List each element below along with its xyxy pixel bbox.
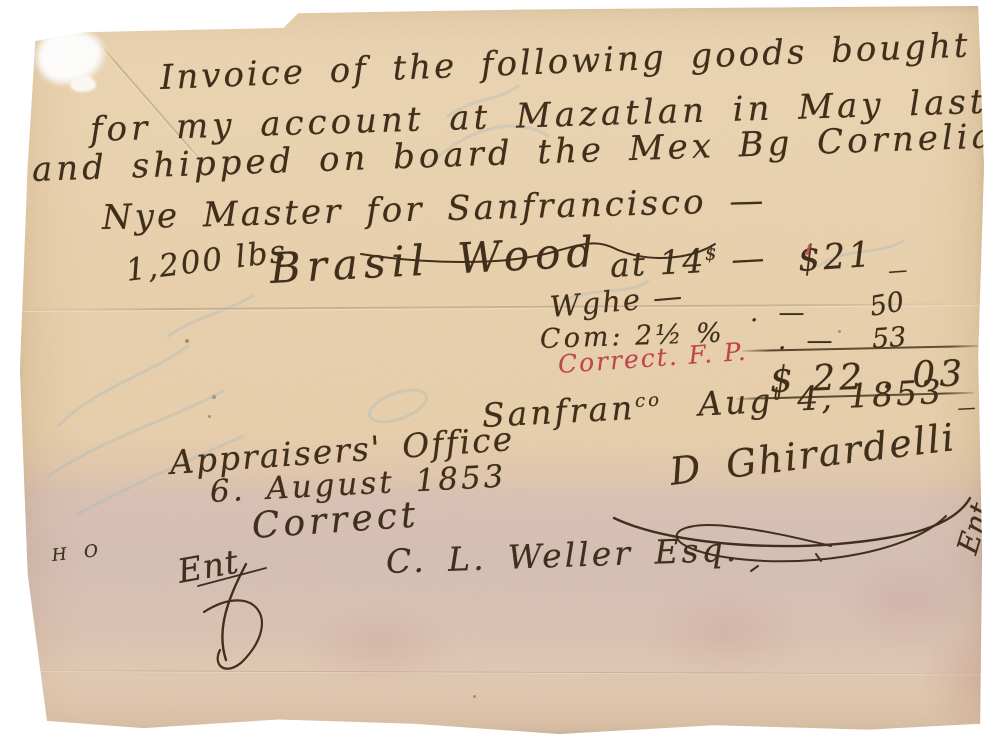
item-amount: $21 _ xyxy=(797,232,910,280)
charge1-amount: 50 xyxy=(867,286,906,322)
item-rate-value: at 14 xyxy=(609,241,706,285)
pink-stain xyxy=(300,600,460,690)
ent-mark-right: Ent xyxy=(950,499,998,558)
ink-speck xyxy=(473,695,476,698)
date-month: Aug xyxy=(697,381,774,424)
charge1-dots: . — xyxy=(750,298,811,328)
horizontal-crease xyxy=(18,303,984,310)
invoice-heading-line4: Nye Master for Sanfrancisco — xyxy=(101,181,766,238)
charge1-label: Wghe — xyxy=(549,278,686,324)
bottom-crease xyxy=(18,670,984,675)
charge2-amount: 53 xyxy=(871,322,907,355)
invoice-paper: Invoice of the following goods bought fo… xyxy=(18,6,984,734)
signature-ghirardelli: D Ghirardelli xyxy=(667,415,958,494)
charge2-dots: . — xyxy=(778,326,839,356)
ink-speck xyxy=(185,339,189,343)
item-rate-dash: — xyxy=(730,238,767,279)
ent-mark-left: Ent xyxy=(175,542,242,591)
signature-weller: C. L. Weller Esq. xyxy=(385,530,739,581)
scanned-invoice-photo: { "colors": { "background": "#ffffff", "… xyxy=(0,0,1000,741)
item-rate: at 14$ — xyxy=(609,238,767,285)
item-quantity: 1,200 lbs xyxy=(124,233,289,289)
place-superscript: co xyxy=(634,390,662,412)
item-rate-unit: $ xyxy=(704,243,719,265)
paper-tear-wisp xyxy=(70,76,96,92)
corner-mark-ho: H O xyxy=(51,541,105,566)
ink-speck xyxy=(208,415,211,418)
paper-tear-hole xyxy=(38,30,102,82)
pink-stain xyxy=(640,585,810,680)
item-name: Brasil Wood xyxy=(269,227,601,293)
ink-speck xyxy=(212,395,216,399)
